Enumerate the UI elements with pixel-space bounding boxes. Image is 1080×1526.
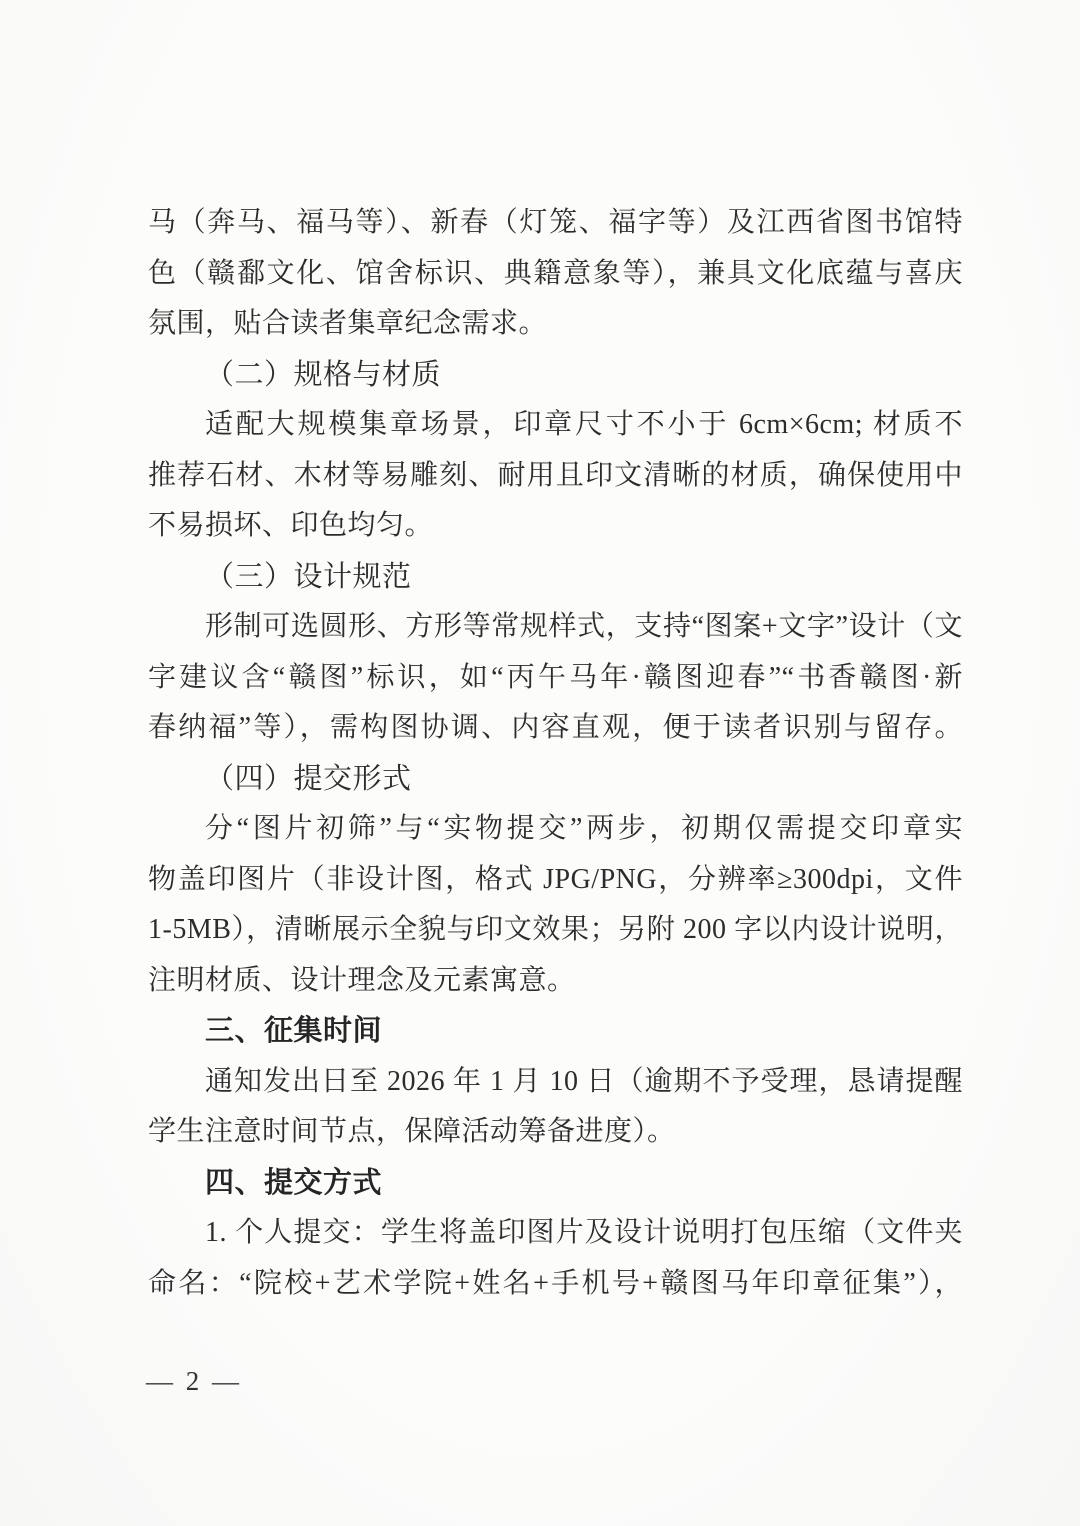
heading-collection-time: 三、征集时间 bbox=[148, 1006, 963, 1057]
para-design-theme-line-2: 色（赣鄱文化、馆舍标识、典籍意象等），兼具文化底蕴与喜庆 bbox=[148, 249, 963, 300]
para-spec-line-3: 不易损坏、印色均匀。 bbox=[148, 501, 963, 552]
para-design-theme-line-1: 马（奔马、福马等）、新春（灯笼、福字等）及江西省图书馆特 bbox=[148, 198, 963, 249]
page-number: — 2 — bbox=[146, 1366, 242, 1397]
subheading-spec-and-material: （二）规格与材质 bbox=[148, 350, 963, 401]
para-collection-time-line-1: 通知发出日至 2026 年 1 月 10 日（逾期不予受理，恳请提醒 bbox=[148, 1057, 963, 1108]
subheading-submission-format: （四）提交形式 bbox=[148, 754, 963, 805]
para-submission-format-line-4: 注明材质、设计理念及元素寓意。 bbox=[148, 956, 963, 1007]
para-design-standard-line-1: 形制可选圆形、方形等常规样式，支持“图案+文字”设计（文 bbox=[148, 602, 963, 653]
para-spec-line-2: 推荐石材、木材等易雕刻、耐用且印文清晰的材质，确保使用中 bbox=[148, 451, 963, 502]
subheading-design-standard: （三）设计规范 bbox=[148, 552, 963, 603]
para-spec-line-1: 适配大规模集章场景，印章尺寸不小于 6cm×6cm; 材质不限， bbox=[148, 400, 963, 451]
heading-submission-method: 四、提交方式 bbox=[148, 1158, 963, 1209]
document-body: 马（奔马、福马等）、新春（灯笼、福字等）及江西省图书馆特 色（赣鄱文化、馆舍标识… bbox=[148, 198, 963, 1309]
scanned-document-page: 马（奔马、福马等）、新春（灯笼、福字等）及江西省图书馆特 色（赣鄱文化、馆舍标识… bbox=[0, 0, 1080, 1526]
para-submission-format-line-2: 物盖印图片（非设计图，格式 JPG/PNG，分辨率≥300dpi，文件 bbox=[148, 855, 963, 906]
para-collection-time-line-2: 学生注意时间节点，保障活动筹备进度）。 bbox=[148, 1107, 963, 1158]
para-submission-format-line-1: 分“图片初筛”与“实物提交”两步，初期仅需提交印章实 bbox=[148, 804, 963, 855]
para-design-theme-line-3: 氛围，贴合读者集章纪念需求。 bbox=[148, 299, 963, 350]
para-submission-method-line-2: 命名：“院校+艺术学院+姓名+手机号+赣图马年印章征集”）， bbox=[148, 1259, 963, 1310]
para-submission-method-line-1: 1. 个人提交：学生将盖印图片及设计说明打包压缩（文件夹 bbox=[148, 1208, 963, 1259]
para-design-standard-line-3: 春纳福”等），需构图协调、内容直观，便于读者识别与留存。 bbox=[148, 703, 963, 754]
para-submission-format-line-3: 1-5MB），清晰展示全貌与印文效果；另附 200 字以内设计说明， bbox=[148, 905, 963, 956]
para-design-standard-line-2: 字建议含“赣图”标识，如“丙午马年·赣图迎春”“书香赣图·新 bbox=[148, 653, 963, 704]
